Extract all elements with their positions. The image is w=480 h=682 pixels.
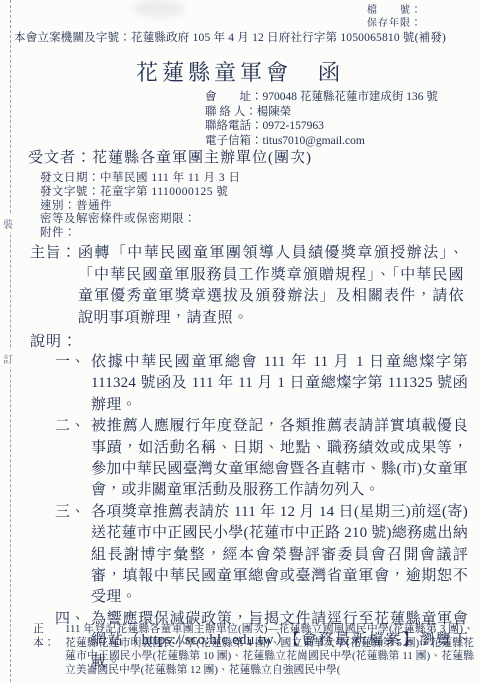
contact-phone: 聯絡電話：0972-157963 [205,119,438,134]
recipient-line: 受文者：花蓮縣各童軍團主辦單位(團次) [28,146,312,167]
official-letter-page: 裝 訂 檔 號： 保存年限： 本會立案機關及字號：花蓮縣政府 105 年 4 月… [0,0,480,682]
copy-body: 111 年登記花蓮縣各童軍團主辦單位(團次)—花蓮縣立國風國民中學(花蓮縣第 3… [65,623,474,677]
contact-person: 聯 絡 人：楊陳榮 [205,105,438,120]
explanation-item-3: 三、 各項獎章推薦表請於 111 年 12 月 14 日(星期三)前逕(寄)送花… [55,502,468,609]
file-number-label: 檔 號： [367,4,422,17]
item-text: 各項獎章推薦表請於 111 年 12 月 14 日(星期三)前逕(寄)送花蓮市中… [91,502,468,609]
subject-paragraph: 主旨： 函轉「中華民國童軍團領導人員績優獎章頒授辦法」、「中華民國童軍服務員工作… [30,243,464,329]
contact-address: 會 址：970048 花蓮縣花蓮市建成街 136 號 [205,90,438,105]
original-copy-recipients: 正本： 111 年登記花蓮縣各童軍團主辦單位(團次)—花蓮縣立國風國民中學(花蓮… [33,623,474,677]
registration-line: 本會立案機關及字號：花蓮縣政府 105 年 4 月 12 日府社行字第 1050… [14,29,476,45]
explanation-label: 說明： [30,330,78,351]
document-title: 花蓮縣童軍會 函 [0,56,480,87]
binding-mark-zhuang: 裝 [3,215,13,232]
filing-labels: 檔 號： 保存年限： [367,4,422,30]
item-number: 一、 [55,352,91,373]
explanation-item-2: 二、 被推薦人應履行年度登記，各類推薦表請詳實填載優良事蹟，如活動名稱、日期、地… [55,416,468,502]
explanation-item-1: 一、 依據中華民國童軍總會 111 年 11 月 1 日童總燦字第 111324… [55,352,468,416]
copy-label: 正本： [33,623,65,650]
item-text: 被推薦人應履行年度登記，各類推薦表請詳實填載優良事蹟，如活動名稱、日期、地點、職… [91,416,468,502]
subject-body: 函轉「中華民國童軍團領導人員績優獎章頒授辦法」、「中華民國童軍服務員工作獎章頒贈… [78,243,464,329]
speed-class: 速別：普通件 [40,200,240,214]
item-number: 三、 [55,502,91,523]
subject-label: 主旨： [30,243,78,265]
secrecy-line: 密等及解密條件或保密期限： [40,213,240,227]
attachment-line: 附件： [40,227,240,241]
scan-smudge [133,0,185,17]
item-number: 二、 [55,416,91,437]
contact-block: 會 址：970048 花蓮縣花蓮市建成街 136 號 聯 絡 人：楊陳榮 聯絡電… [205,90,438,148]
meta-block: 發文日期：中華民國 111 年 11 月 3 日 發文字號：花童字第 11100… [40,172,240,241]
issue-date: 發文日期：中華民國 111 年 11 月 3 日 [40,172,240,186]
binding-mark-ding: 訂 [3,350,13,367]
item-text: 依據中華民國童軍總會 111 年 11 月 1 日童總燦字第 111324 號函… [91,352,468,416]
issue-number: 發文字號：花童字第 1110000125 號 [40,186,240,200]
binding-dashed-line [10,0,11,682]
